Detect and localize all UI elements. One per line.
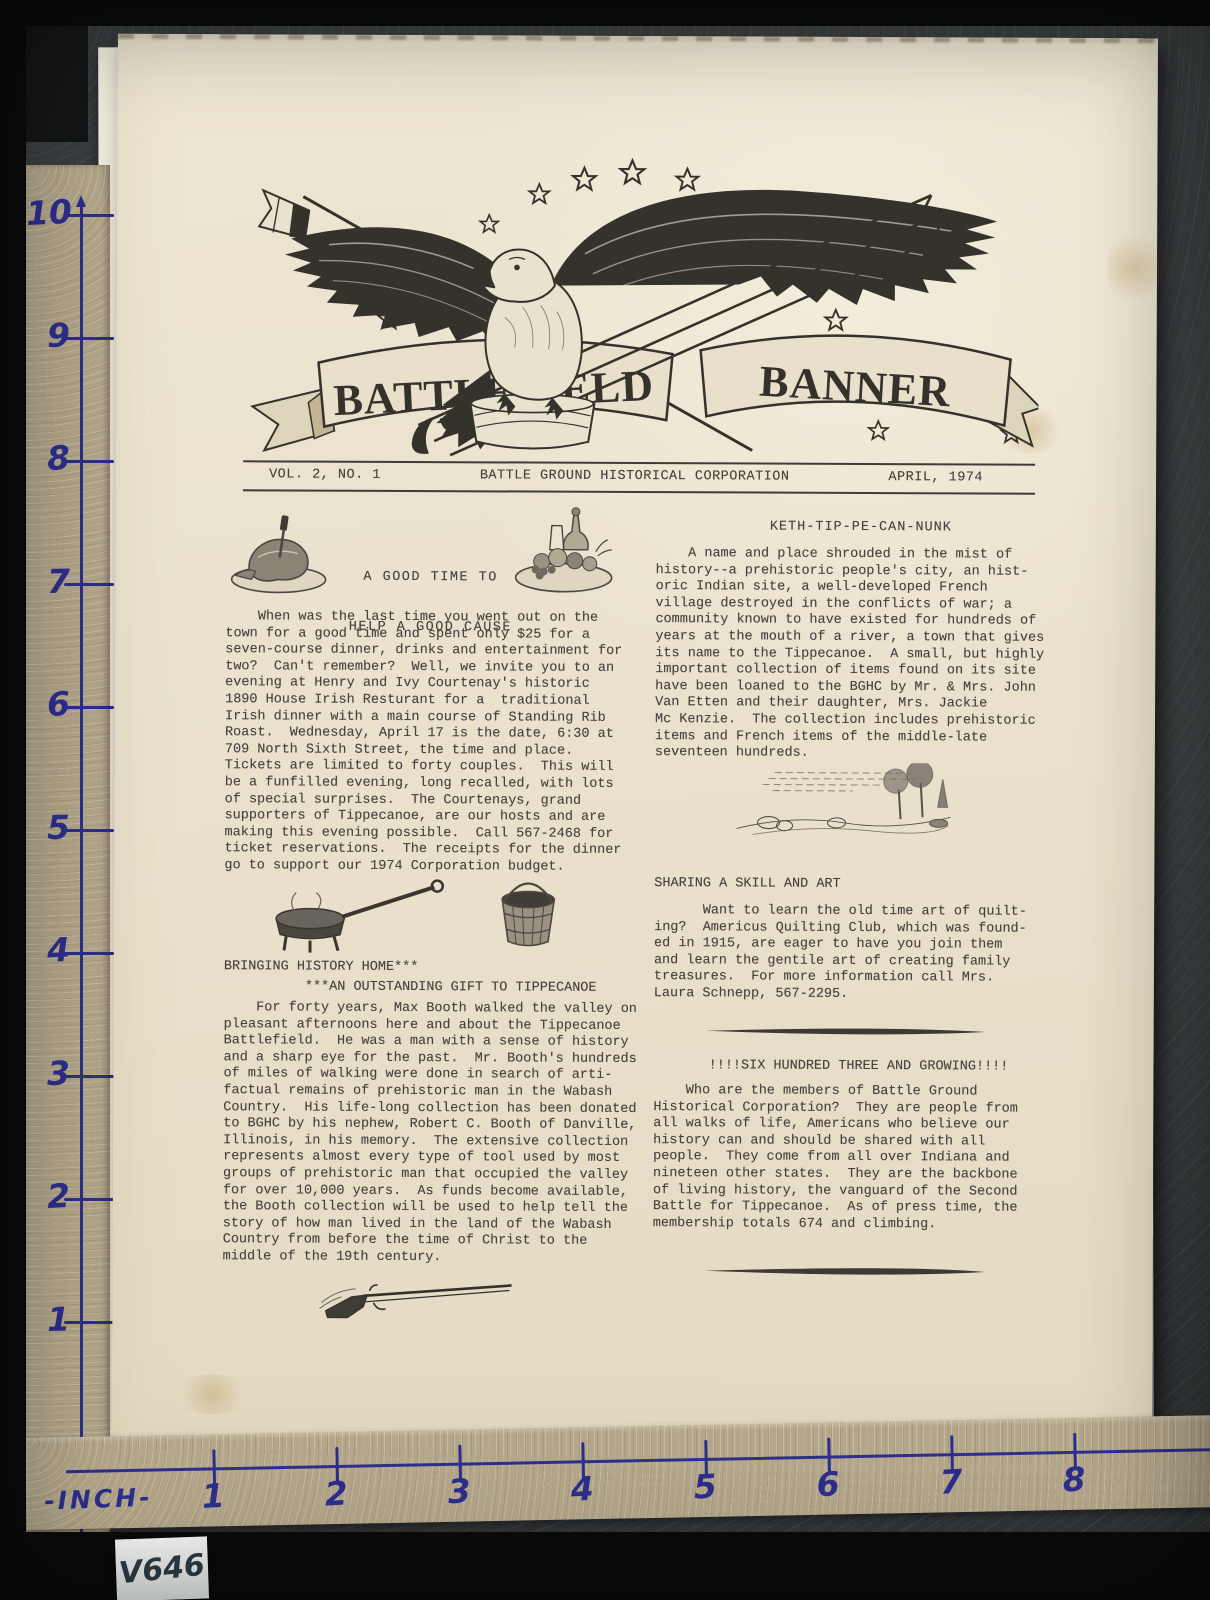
newsletter-page: BATTLEFIELD BANNER: [112, 34, 1158, 1441]
fruit-bowl-illustration: [512, 505, 616, 597]
ruler-tick: [64, 829, 114, 832]
photo-scene: BATTLEFIELD BANNER: [0, 0, 1210, 1600]
photo-edge: [0, 0, 1210, 26]
ruler-line: [80, 205, 83, 1535]
photo-edge: [0, 0, 26, 1600]
ruler-line: [66, 1446, 1210, 1473]
ruler-number: 9: [26, 316, 71, 356]
ruler-number: 5: [684, 1466, 726, 1507]
musket-illustration: [317, 1277, 517, 1324]
article-body: A name and place shrouded in the mist of…: [655, 546, 1045, 763]
inch-unit-label: -INCH-: [44, 1483, 153, 1516]
ruler-tick: [64, 1321, 114, 1324]
ruler-tick: [64, 337, 114, 340]
article-body: Who are the members of Battle Ground His…: [653, 1083, 1018, 1234]
issue-date: APRIL, 1974: [888, 470, 983, 487]
ruler-number: 7: [26, 562, 71, 602]
article-subheading: ***AN OUTSTANDING GIFT TO TIPPECANOE: [224, 979, 597, 997]
ruler-number: 8: [1053, 1459, 1095, 1500]
ruler-number: 2: [25, 1176, 71, 1217]
article-body: Want to learn the old time art of quilt-…: [654, 903, 1027, 1004]
skillet-illustration: [264, 876, 446, 955]
ruler-number: 6: [25, 684, 71, 725]
issue-line: VOL. 2, NO. 1 BATTLE GROUND HISTORICAL C…: [243, 460, 1035, 494]
tapered-divider: [705, 1266, 985, 1276]
article-heading: KETH-TIP-PE-CAN-NUNK: [656, 519, 1066, 537]
masthead-eagle-emblem: BATTLEFIELD BANNER: [232, 156, 1039, 466]
ruler-number: 1: [192, 1475, 234, 1516]
article-body: For forty years, Max Booth walked the va…: [223, 1000, 637, 1267]
article-heading: BRINGING HISTORY HOME***: [224, 959, 419, 976]
ruler-number: 10: [25, 192, 71, 233]
sticker-code: V646: [117, 1547, 206, 1591]
ruler-tick: [64, 1198, 114, 1201]
article-body: When was the last time you went out on t…: [224, 609, 622, 876]
foxing-spot: [1107, 228, 1159, 308]
ruler-number: 5: [26, 808, 71, 848]
ruler-tick: [64, 706, 114, 709]
ruler-tick: [64, 460, 114, 463]
article-heading: !!!!SIX HUNDRED THREE AND GROWING!!!!: [653, 1058, 1063, 1076]
masthead-title-right: BANNER: [758, 357, 952, 417]
ruler-number: 8: [25, 438, 71, 479]
inventory-sticker: V646: [115, 1536, 209, 1600]
volume-number: VOL. 2, NO. 1: [269, 467, 381, 484]
ruler-vertical-strip: 10 9 8 7 6 5 4 3 2 1: [26, 165, 110, 1533]
right-column: KETH-TIP-PE-CAN-NUNK A name and place sh…: [652, 506, 1066, 1338]
ruler-number: 6: [807, 1464, 849, 1505]
landscape-illustration: [732, 762, 954, 851]
bucket-illustration: [488, 871, 568, 951]
ruler-number: 3: [26, 1054, 71, 1094]
left-column: A GOOD TIME TO HELP A GOOD CAUSE When wa…: [222, 504, 646, 1336]
article-heading: SHARING A SKILL AND ART: [654, 876, 840, 893]
ruler-number: 3: [438, 1471, 480, 1512]
ruler-tick: [64, 1075, 114, 1078]
ruler-number: 4: [25, 930, 71, 971]
ruler-number: 4: [561, 1468, 603, 1509]
tapered-divider: [706, 1026, 986, 1036]
ribbon-banners: BATTLEFIELD BANNER: [252, 333, 1039, 454]
ruler-number: 7: [930, 1461, 972, 1502]
ruler-number: 2: [315, 1473, 357, 1514]
eagle-wings: [285, 188, 998, 348]
foxing-spot: [172, 1374, 252, 1414]
ruler-tick: [64, 952, 114, 955]
organization-name: BATTLE GROUND HISTORICAL CORPORATION: [480, 468, 790, 486]
trees: [884, 762, 948, 827]
ruler-number: 1: [26, 1300, 71, 1340]
ruler-tick: [64, 583, 114, 586]
